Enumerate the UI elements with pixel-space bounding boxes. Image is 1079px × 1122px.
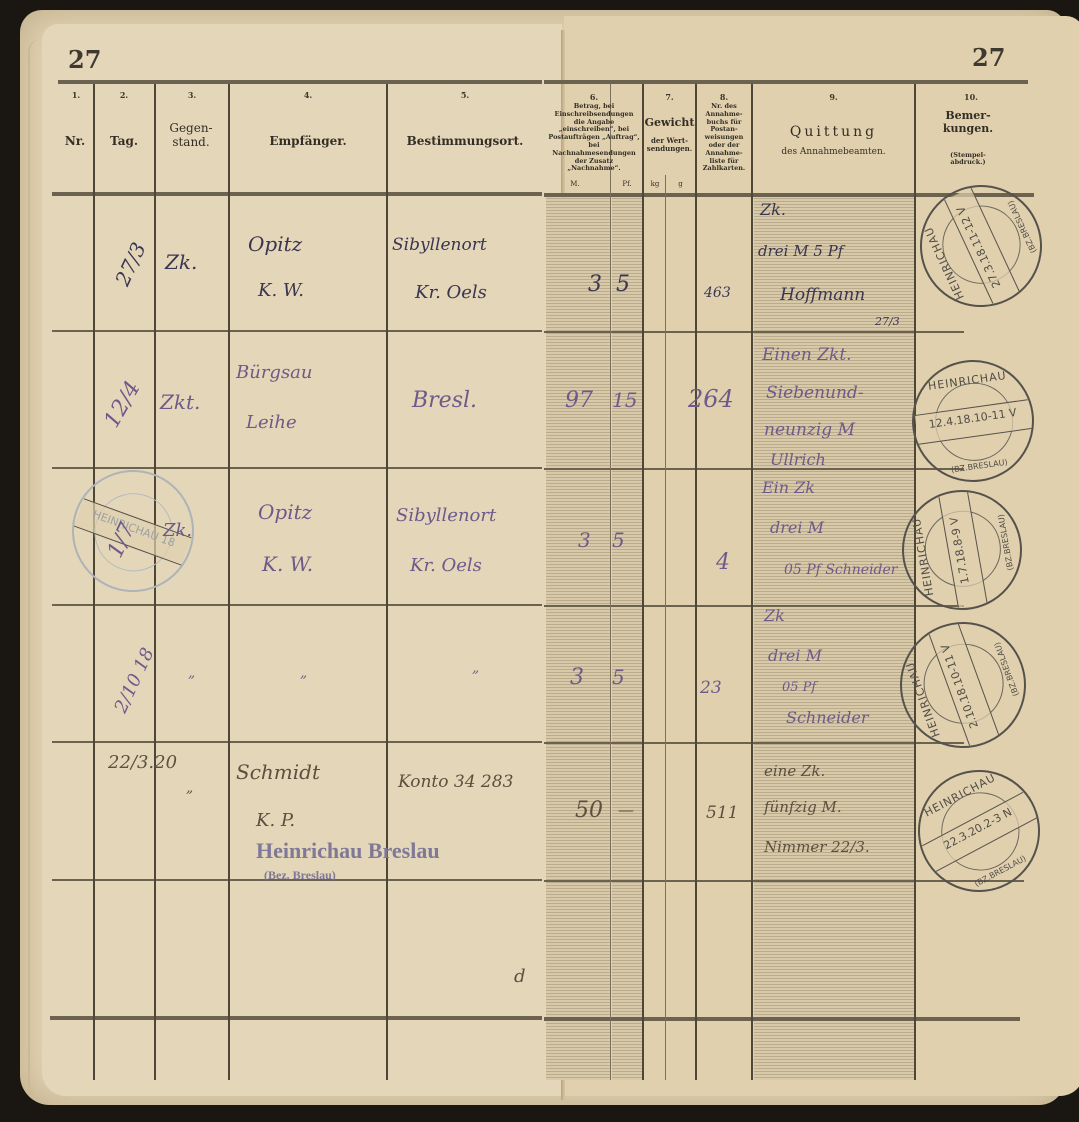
row3-bestimmungsort-1: Sibyllenort — [396, 505, 496, 526]
col-number-6: 6. — [546, 92, 642, 102]
row5-annahmebuch: 511 — [706, 803, 738, 823]
row4-quittung-2: drei M — [768, 646, 822, 665]
row-rule-3-right — [544, 605, 964, 607]
header-top-rule-right — [544, 80, 1028, 84]
col-divider-4 — [386, 84, 388, 1080]
row2-empfaenger-1: Bürgsau — [236, 362, 313, 383]
col-subheader-kg: kg — [644, 180, 666, 188]
row-rule-3-left — [52, 604, 542, 606]
col-header-bemerkungen: Bemer- kungen. — [928, 110, 1008, 135]
col-divider-7 — [695, 84, 697, 1080]
row-rule-4-right — [544, 742, 964, 744]
row2-quittung-1: Einen Zkt. — [762, 345, 852, 365]
row4-annahmebuch: 23 — [700, 678, 722, 698]
margin-mark: d — [514, 966, 526, 987]
col-number-7: 7. — [644, 92, 695, 102]
rubber-stamp-bez-breslau: (Bez. Breslau) — [264, 868, 336, 883]
col-number-3: 3. — [156, 90, 228, 100]
row5-gegenstand-ditto: „ — [186, 780, 193, 796]
row4-quittung-4: Schneider — [786, 708, 868, 727]
row3-gegenstand: Zk. — [163, 520, 192, 541]
col-header-annahmebuch: Nr. des Annahme- buchs für Postan- weisu… — [699, 103, 749, 173]
row3-empfaenger-2: K. W. — [262, 552, 313, 576]
row3-betrag-pf: 5 — [612, 528, 625, 552]
row3-empfaenger-1: Opitz — [258, 500, 312, 524]
page-number-left: 27 — [68, 45, 101, 74]
row5-empfaenger-1: Schmidt — [236, 760, 320, 784]
row3-bestimmungsort-2: Kr. Oels — [410, 555, 482, 576]
col-subheader-pfennig: Pf. — [612, 180, 642, 188]
col-number-4: 4. — [230, 90, 386, 100]
row2-annahmebuch: 264 — [688, 385, 734, 413]
col-header-betrag: Betrag, bei Einschreibsendungen die Anga… — [548, 103, 640, 173]
row5-tag: 22/3.20 — [108, 752, 177, 773]
col-number-10: 10. — [916, 92, 1026, 102]
col-header-empfaenger: Empfänger. — [230, 135, 386, 149]
col-header-gewicht-sub: der Wert- sendungen. — [644, 137, 695, 153]
row5-quittung-3: Nimmer 22/3. — [764, 838, 870, 856]
row-rule-6-left — [50, 1016, 542, 1020]
col-number-9: 9. — [753, 92, 914, 102]
col-header-tag: Tag. — [95, 135, 153, 149]
row5-bestimmungsort: Konto 34 283 — [398, 772, 513, 792]
col-header-stempel: (Stempel- abdruck.) — [935, 152, 1001, 167]
rubber-stamp-heinrichau-breslau: Heinrichau Breslau — [256, 838, 440, 864]
col-header-quittung: Quittung — [753, 124, 914, 140]
row2-betrag-m: 97 — [565, 388, 593, 413]
row4-bestimmungsort-ditto: „ — [472, 660, 479, 676]
row2-empfaenger-2: Leihe — [246, 412, 297, 433]
row1-bestimmungsort-2: Kr. Oels — [415, 282, 487, 303]
row4-gegenstand-ditto: „ — [188, 665, 195, 681]
row4-betrag-pf: 5 — [612, 665, 625, 689]
row2-quittung-3: neunzig M — [764, 420, 855, 440]
row4-quittung-3: 05 Pf — [782, 680, 816, 695]
row5-quittung-1: eine Zk. — [764, 762, 825, 780]
row1-annahmebuch: 463 — [704, 285, 731, 301]
col-header-quittung-sub: des Annahmebeamten. — [753, 147, 914, 157]
row5-quittung-2: fünfzig M. — [764, 798, 842, 816]
row3-quittung-1: Ein Zk — [762, 478, 815, 497]
row5-empfaenger-2: K. P. — [256, 810, 295, 831]
col-number-5: 5. — [388, 90, 542, 100]
row2-quittung-4: Ullrich — [770, 450, 826, 469]
col-subheader-mark: M. — [560, 180, 590, 188]
row1-quittung-2: drei M 5 Pf — [758, 242, 843, 260]
row2-quittung-2: Siebenund- — [766, 383, 864, 403]
col-divider-3 — [228, 84, 230, 1080]
row1-betrag-m: 3 — [588, 272, 602, 297]
row5-betrag-m: 50 — [575, 798, 603, 823]
header-bottom-rule-left — [52, 192, 542, 196]
row4-quittung-1: Zk — [764, 606, 785, 625]
row3-annahmebuch: 4 — [716, 550, 730, 575]
row3-quittung-2: drei M — [770, 518, 824, 537]
row-rule-6-right — [544, 1017, 1020, 1021]
row4-betrag-m: 3 — [570, 665, 584, 690]
row-rule-2-right — [544, 468, 964, 470]
col-divider-6-sub — [610, 84, 611, 1080]
row2-gegenstand: Zkt. — [160, 390, 200, 414]
col-number-8: 8. — [697, 92, 751, 102]
hatched-amount-mark — [546, 195, 610, 1080]
col-divider-8 — [751, 84, 753, 1080]
col-header-gegenstand: Gegen- stand. — [160, 122, 222, 150]
row5-betrag-pf: — — [618, 800, 634, 819]
row-rule-1-right — [544, 331, 964, 333]
row2-bestimmungsort: Bresl. — [412, 388, 477, 413]
page-number-right: 27 — [972, 43, 1005, 72]
row1-betrag-pf: 5 — [616, 272, 630, 297]
row-rule-2-left — [52, 467, 542, 469]
row-rule-4-left — [52, 741, 542, 743]
row3-betrag-m: 3 — [578, 528, 591, 552]
row1-quittung-3: Hoffmann — [780, 285, 865, 305]
col-header-bestimmungsort: Bestimmungsort. — [388, 135, 542, 149]
col-number-2: 2. — [95, 90, 153, 100]
row-rule-1-left — [52, 330, 542, 332]
col-header-nr: Nr. — [58, 135, 92, 149]
row1-empfaenger-2: K. W. — [258, 280, 304, 301]
row4-empfaenger-ditto: „ — [300, 665, 307, 681]
row1-empfaenger-1: Opitz — [248, 232, 302, 256]
col-divider-1 — [93, 84, 95, 1080]
col-number-1: 1. — [66, 90, 86, 100]
col-header-gewicht: Gewicht — [644, 117, 695, 130]
row1-quittung-1: Zk. — [760, 200, 786, 219]
row1-quittung-4: 27/3 — [875, 315, 900, 328]
row2-betrag-pf: 15 — [612, 388, 637, 412]
row1-gegenstand: Zk. — [165, 250, 197, 274]
row1-bestimmungsort-1: Sibyllenort — [392, 235, 487, 255]
col-divider-6 — [642, 84, 644, 1080]
header-top-rule-left — [58, 80, 542, 84]
hatched-amount-pf — [612, 195, 642, 1080]
col-divider-7-sub — [665, 175, 666, 1080]
row3-quittung-3: 05 Pf Schneider — [784, 562, 897, 578]
col-subheader-g: g — [666, 180, 695, 188]
